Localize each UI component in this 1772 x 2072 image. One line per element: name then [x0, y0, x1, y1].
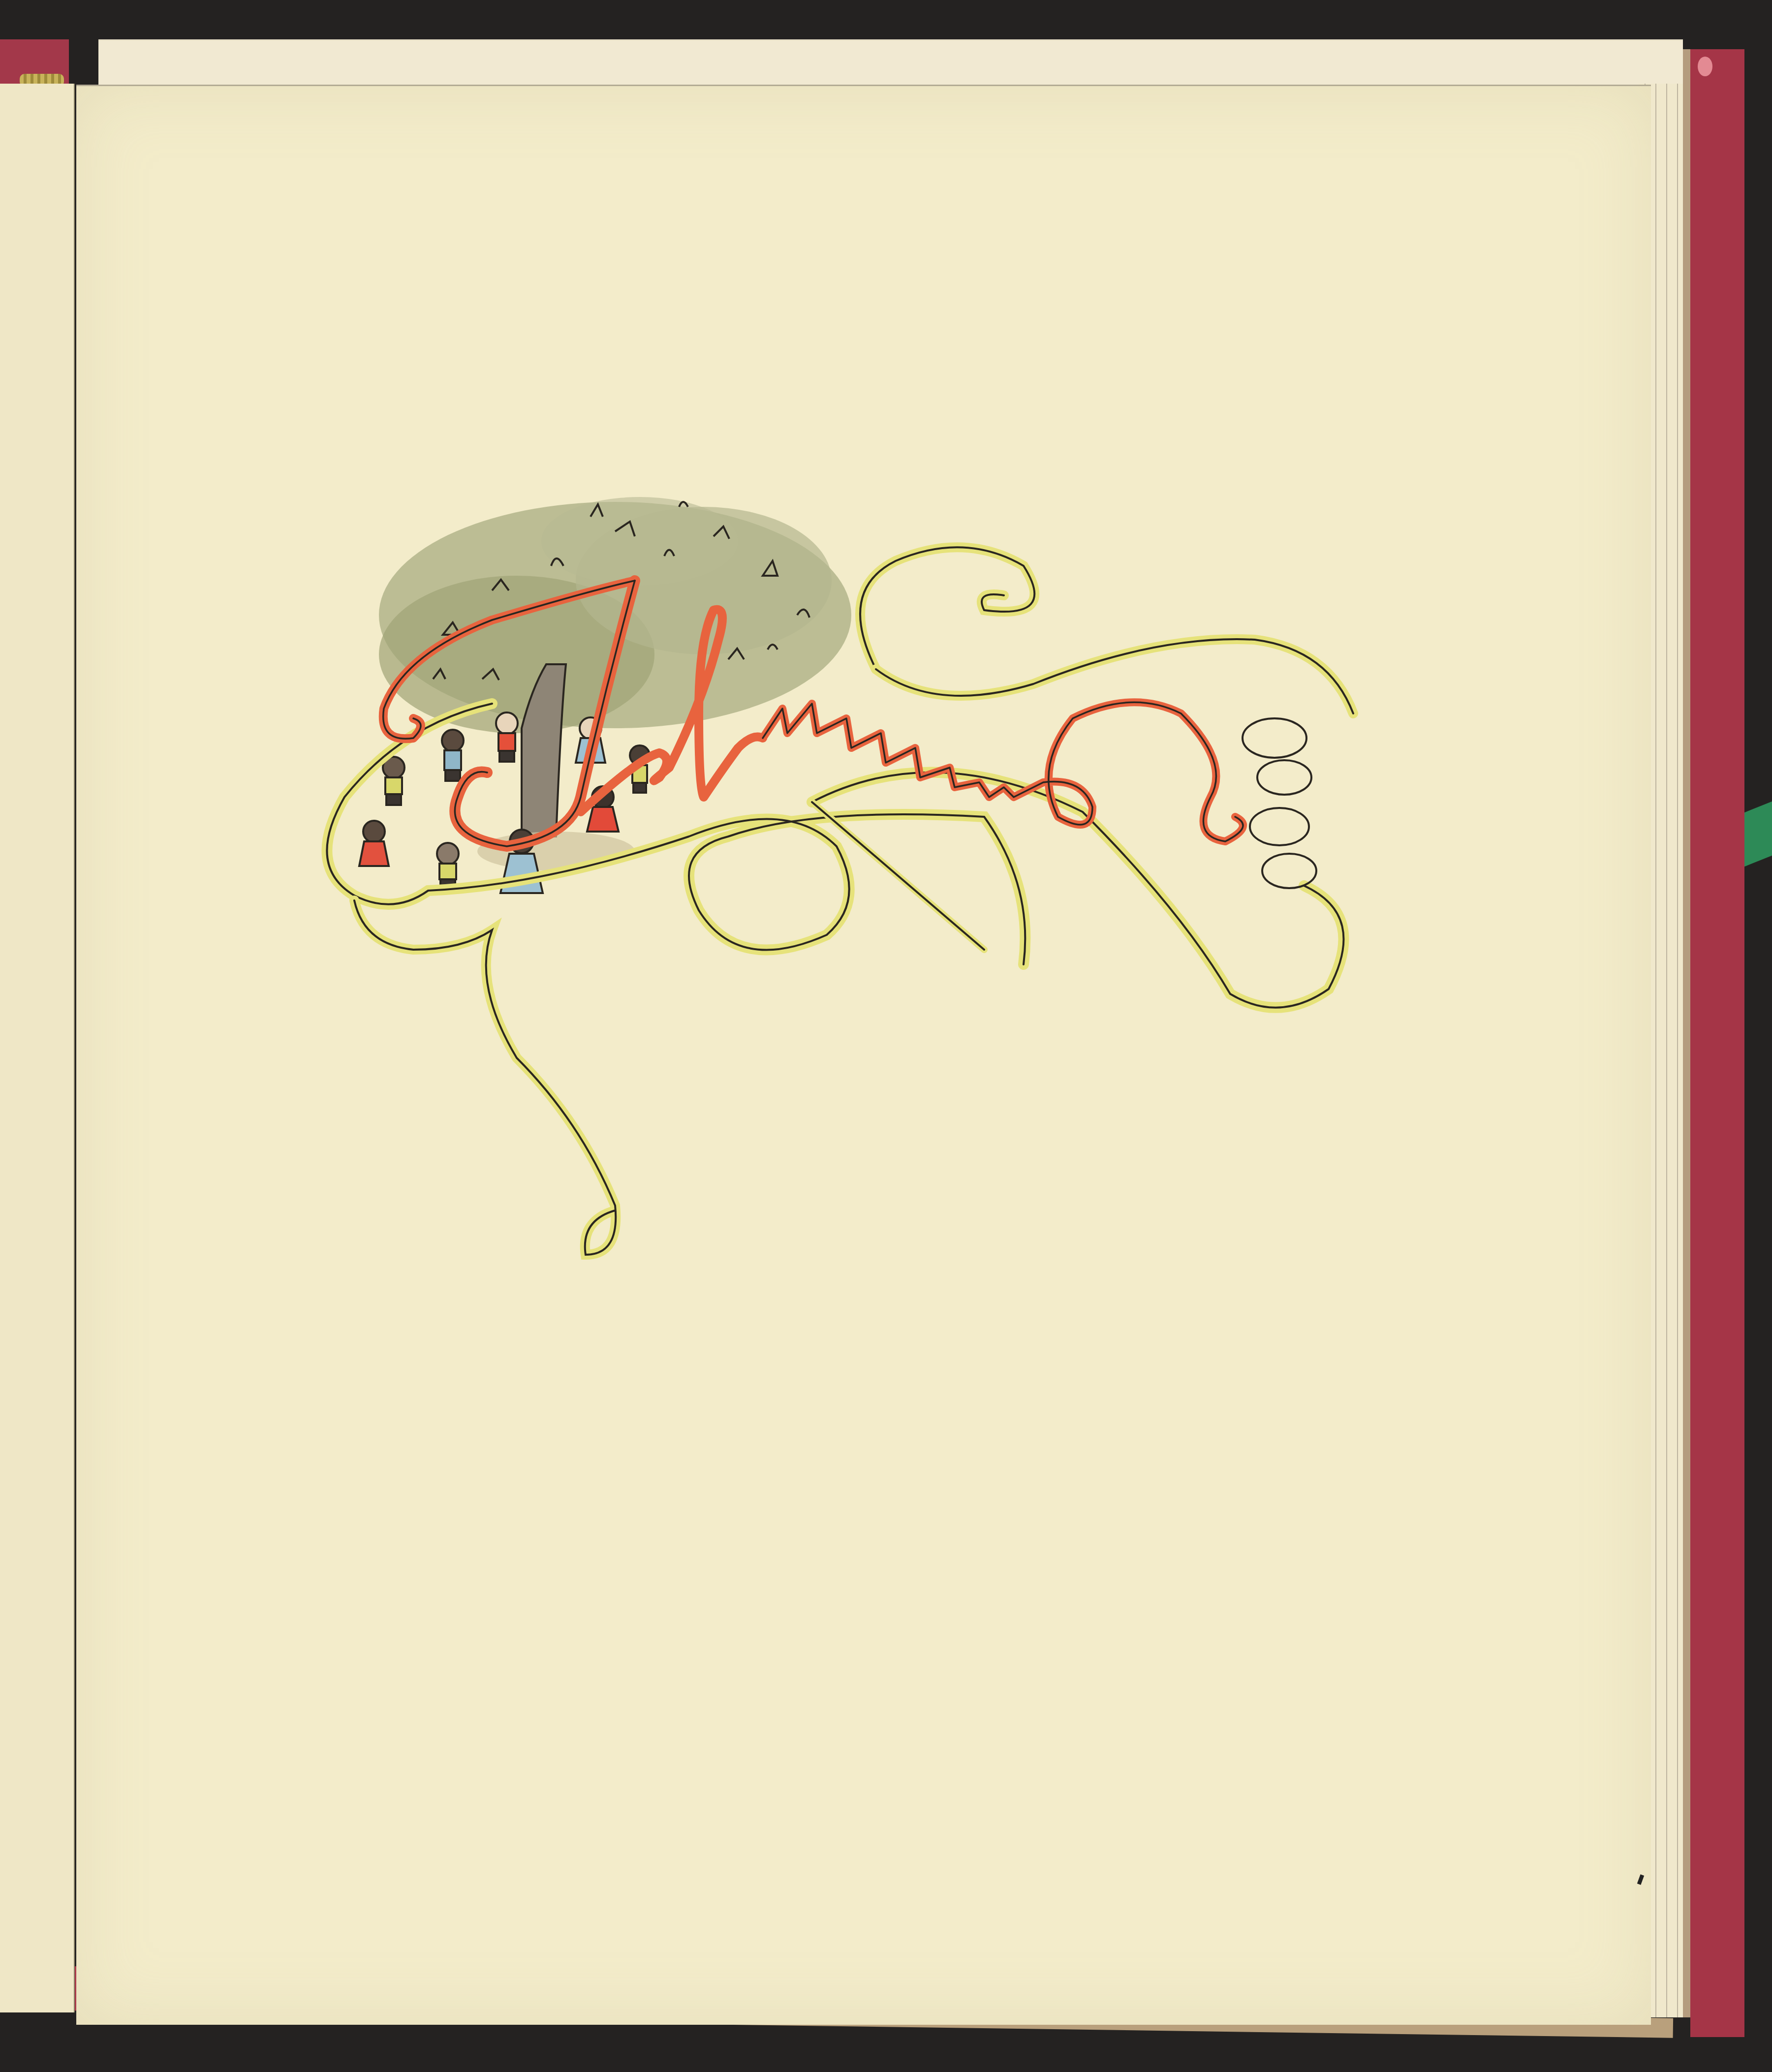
title-illustration [0, 0, 1772, 2072]
tree-foliage-icon [379, 497, 851, 733]
